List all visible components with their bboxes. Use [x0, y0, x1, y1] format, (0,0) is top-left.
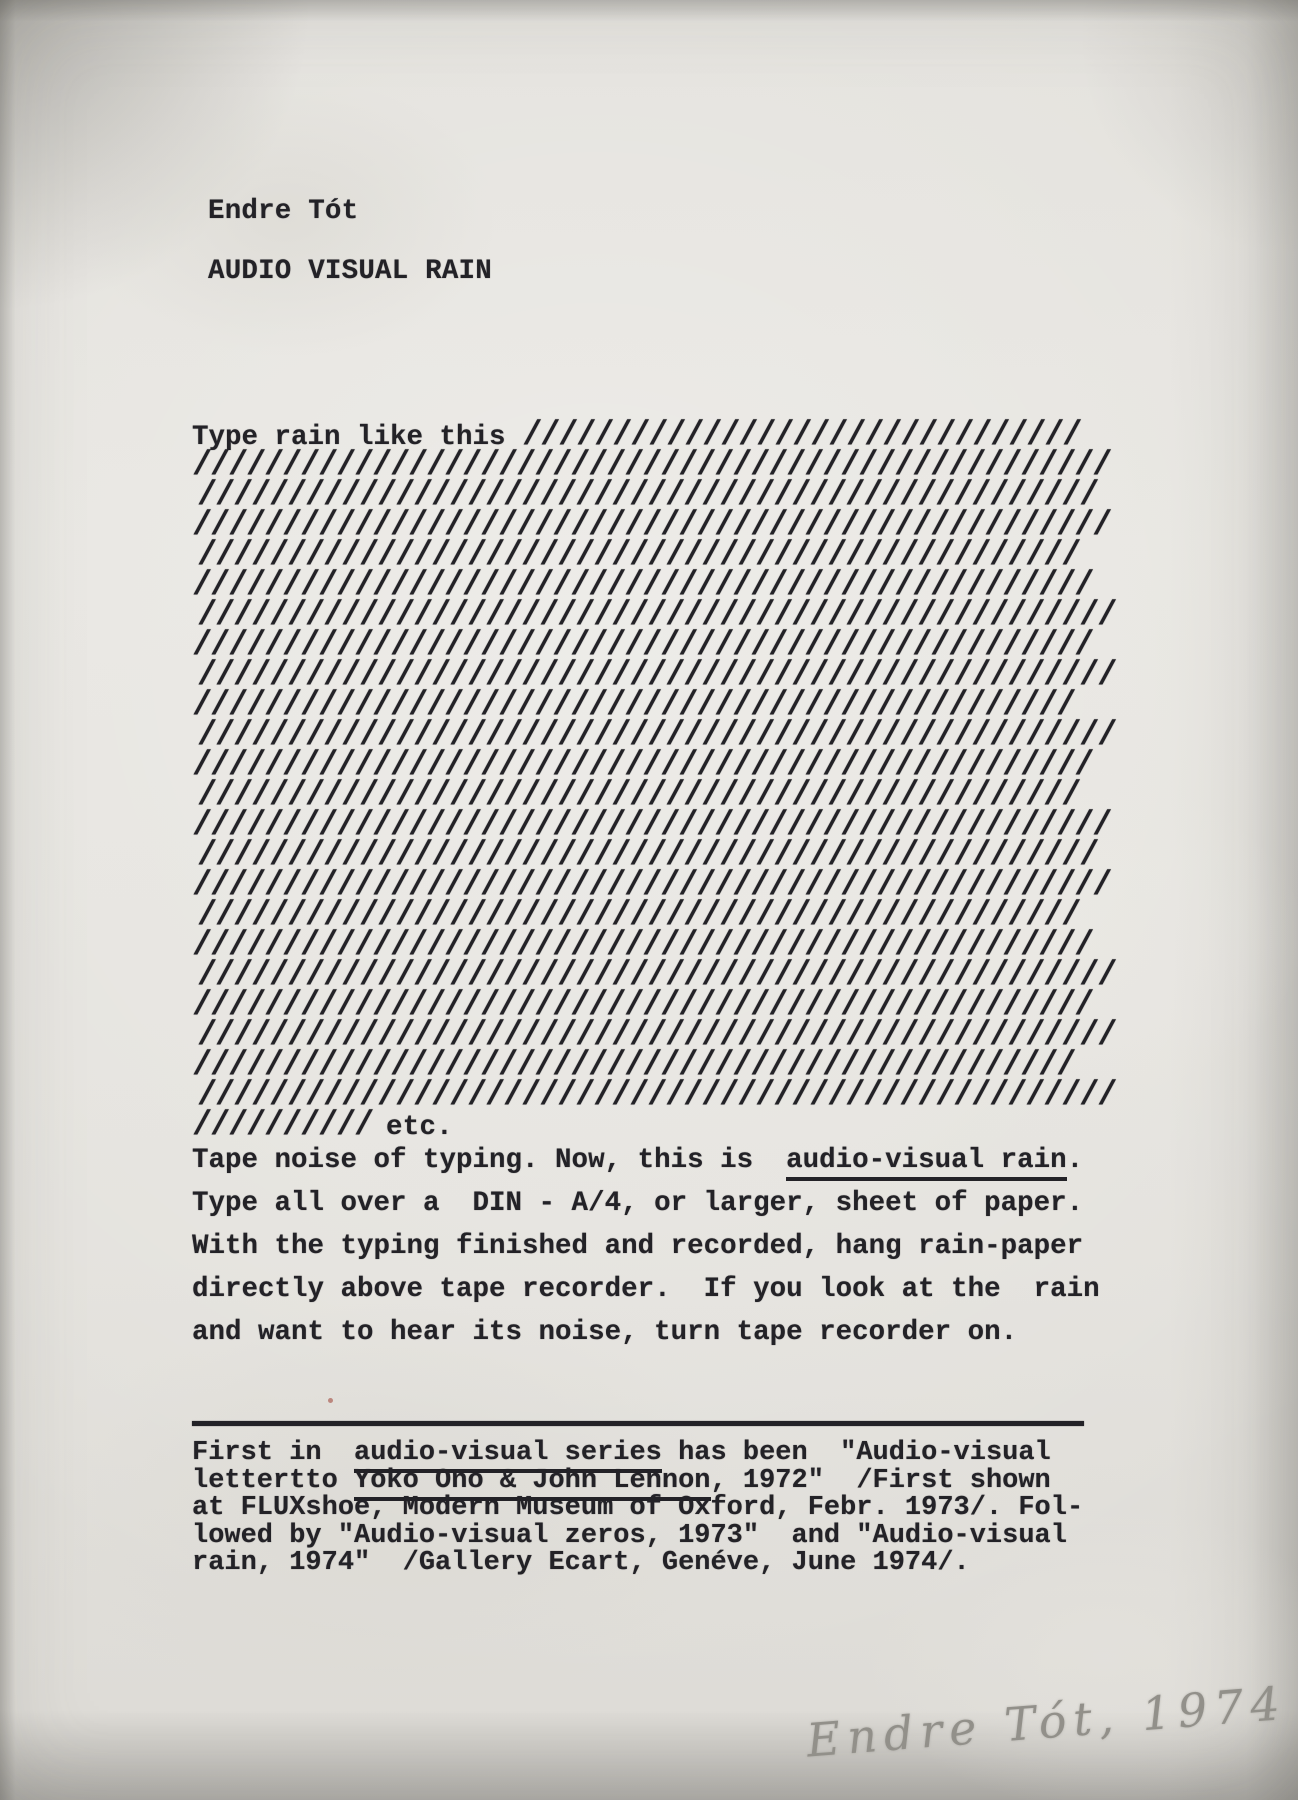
colophon-line-5: rain, 1974" /Gallery Ecart, Genéve, June… [192, 1550, 1083, 1578]
rain-rows: ////////////////////////////////////////… [192, 451, 1115, 1111]
instruction-line-1-post: . [1067, 1145, 1084, 1176]
handwritten-signature: Endre Tót, 1974 [805, 1674, 1298, 1767]
colophon-line-1: First in audio-visual series has been "A… [192, 1440, 1083, 1468]
colophon-line-2-pre: lettertto [192, 1466, 354, 1496]
scanned-typewritten-page: Endre Tót AUDIO VISUAL RAIN Type rain li… [0, 0, 1298, 1800]
page-title: AUDIO VISUAL RAIN [208, 256, 492, 287]
colophon-line-2: lettertto Yoko Ono & John Lennon, 1972" … [192, 1468, 1083, 1496]
colophon-line-4: lowed by "Audio-visual zeros, 1973" and … [192, 1523, 1083, 1551]
instruction-line-3: With the typing finished and recorded, h… [192, 1225, 1100, 1268]
instruction-paragraph: Tape noise of typing. Now, this is audio… [192, 1139, 1100, 1354]
instruction-line-1: Tape noise of typing. Now, this is audio… [192, 1139, 1100, 1182]
rain-last-line: //////////etc. [192, 1111, 1115, 1141]
colophon-line-2-post: , 1972" /First shown [711, 1466, 1051, 1496]
instruction-line-1-pre: Tape noise of typing. Now, this is [192, 1145, 786, 1176]
horizontal-rule [192, 1421, 1084, 1426]
instruction-line-5: and want to hear its noise, turn tape re… [192, 1311, 1100, 1354]
paper-blemish [328, 1398, 333, 1403]
typed-rain-block: Type rain like this ////////////////////… [192, 421, 1115, 1141]
colophon-line-3: at FLUXshoe, Modern Museum of Oxford, Fe… [192, 1495, 1083, 1523]
instruction-line-1-underline: audio-visual rain [786, 1145, 1067, 1181]
colophon-paragraph: First in audio-visual series has been "A… [192, 1440, 1083, 1578]
colophon-line-1-pre: First in [192, 1438, 354, 1468]
author-name: Endre Tót [208, 196, 358, 227]
instruction-line-2: Type all over a DIN - A/4, or larger, sh… [192, 1182, 1100, 1225]
instruction-line-4: directly above tape recorder. If you loo… [192, 1268, 1100, 1311]
colophon-line-1-post: has been "Audio-visual [662, 1438, 1051, 1468]
